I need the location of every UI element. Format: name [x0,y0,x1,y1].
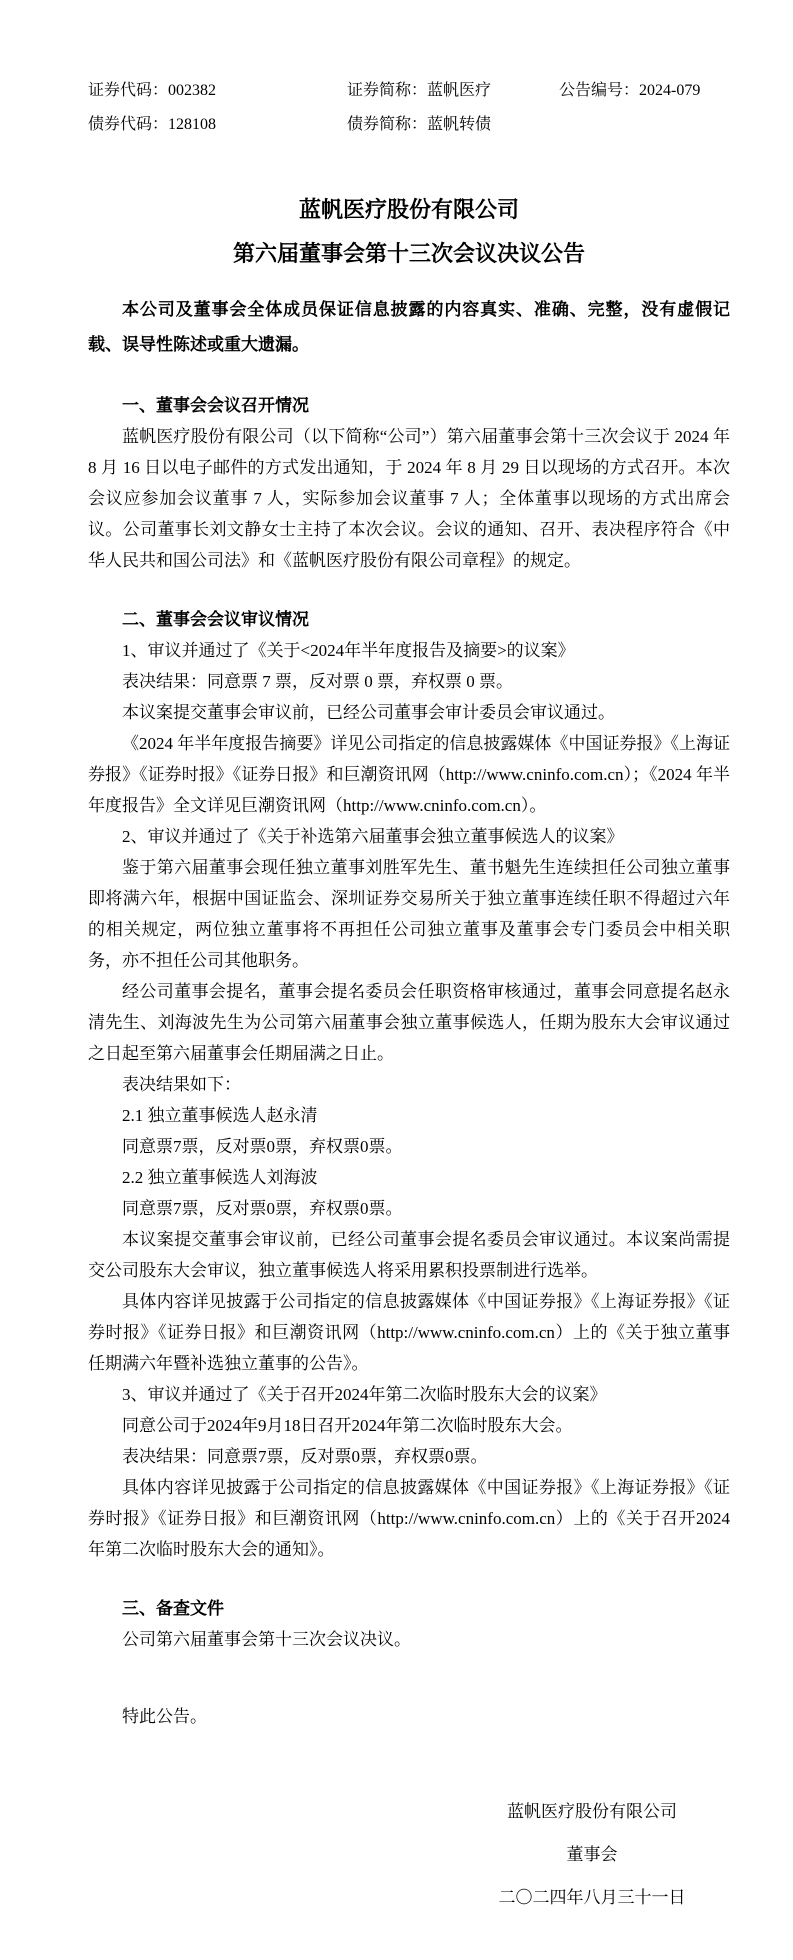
announcement-number: 公告编号：2024-079 [559,80,700,102]
para-meeting-convening: 蓝帆医疗股份有限公司（以下简称“公司”）第六届董事会第十三次会议于 2024 年… [88,421,730,576]
page-title: 蓝帆医疗股份有限公司 第六届董事会第十三次会议决议公告 [88,188,730,276]
signature-signer: 董事会 [496,1833,688,1876]
para-item2-nomination: 经公司董事会提名，董事会提名委员会任职资格审核通过，董事会同意提名赵永清先生、刘… [88,976,730,1069]
section-heading-convening: 一、董事会会议召开情况 [88,390,730,421]
para-candidate-liuhaibo: 2.2 独立董事候选人刘海波 [88,1162,730,1193]
para-item2-disclosure-media: 具体内容详见披露于公司指定的信息披露媒体《中国证券报》《上海证券报》《证券时报》… [88,1286,730,1379]
para-item1-vote-result: 表决结果：同意票 7 票，反对票 0 票，弃权票 0 票。 [88,666,730,697]
para-item2-vote-results-label: 表决结果如下： [88,1069,730,1100]
title-meeting-line: 第六届董事会第十三次会议决议公告 [88,232,730,276]
title-company-line: 蓝帆医疗股份有限公司 [88,188,730,232]
para-item2-background: 鉴于第六届董事会现任独立董事刘胜军先生、董书魁先生连续担任公司独立董事即将满六年… [88,852,730,976]
para-item3-disclosure-media: 具体内容详见披露于公司指定的信息披露媒体《中国证券报》《上海证券报》《证券时报》… [88,1472,730,1565]
section-heading-documents: 三、备查文件 [88,1593,730,1624]
para-reference-document: 公司第六届董事会第十三次会议决议。 [88,1624,730,1655]
para-item3-title: 3、审议并通过了《关于召开2024年第二次临时股东大会的议案》 [88,1379,730,1410]
closing-statement: 特此公告。 [88,1701,730,1732]
disclaimer-statement: 本公司及董事会全体成员保证信息披露的内容真实、准确、完整，没有虚假记载、误导性陈… [88,292,730,362]
para-item1-title: 1、审议并通过了《关于<2024年半年度报告及摘要>的议案》 [88,635,730,666]
para-candidate-zhaoyongqing: 2.1 独立董事候选人赵永清 [88,1100,730,1131]
para-item3-meeting-date: 同意公司于2024年9月18日召开2024年第二次临时股东大会。 [88,1410,730,1441]
para-item2-nomination-committee: 本议案提交董事会审议前，已经公司董事会提名委员会审议通过。本议案尚需提交公司股东… [88,1224,730,1286]
signature-block: 蓝帆医疗股份有限公司 董事会 二〇二四年八月三十一日 [496,1790,688,1919]
signature-date: 二〇二四年八月三十一日 [496,1876,688,1919]
para-candidate-liuhaibo-votes: 同意票7票，反对票0票，弃权票0票。 [88,1193,730,1224]
announcement-document: 证券代码：002382 证券简称：蓝帆医疗 公告编号：2024-079 债券代码… [0,0,793,1960]
para-item1-audit-committee: 本议案提交董事会审议前，已经公司董事会审计委员会审议通过。 [88,697,730,728]
signature-company: 蓝帆医疗股份有限公司 [496,1790,688,1833]
stock-short-name: 证券简称：蓝帆医疗 [347,80,491,102]
stock-code: 证券代码：002382 [88,80,216,102]
securities-info-row: 证券代码：002382 证券简称：蓝帆医疗 公告编号：2024-079 [88,80,730,114]
bond-info-row: 债券代码：128108 债券简称：蓝帆转债 [88,114,730,148]
bond-code: 债券代码：128108 [88,114,216,136]
para-item2-title: 2、审议并通过了《关于补选第六届董事会独立董事候选人的议案》 [88,821,730,852]
para-item3-vote-result: 表决结果：同意票7票，反对票0票，弃权票0票。 [88,1441,730,1472]
para-candidate-zhaoyongqing-votes: 同意票7票，反对票0票，弃权票0票。 [88,1131,730,1162]
para-item1-disclosure-media: 《2024 年半年度报告摘要》详见公司指定的信息披露媒体《中国证券报》《上海证券… [88,728,730,821]
bond-short-name: 债券简称：蓝帆转债 [347,114,491,136]
section-heading-deliberation: 二、董事会会议审议情况 [88,604,730,635]
